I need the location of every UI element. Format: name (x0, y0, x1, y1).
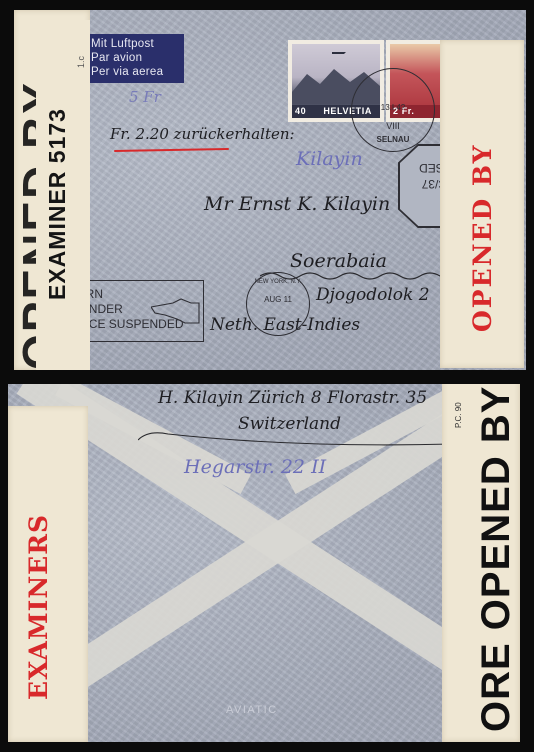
postmark-bottom: SELNAU (352, 135, 434, 144)
sender-line-1: H. Kilayin Zürich 8 Florastr. 35 (158, 388, 427, 408)
blue-signature: Kilayin (296, 148, 363, 170)
examiner-number: EXAMINER 5173 (44, 108, 71, 300)
airmail-line-1: Mit Luftpost (91, 37, 179, 51)
pencil-notation: 5 Fr (129, 88, 161, 106)
opened-by-black-text: ORE OPENED BY (474, 386, 519, 732)
envelope-front: Mit Luftpost Par avion Per via aerea 40 … (14, 10, 526, 370)
ny-postmark-city: NEW YORK, N.Y. (247, 279, 309, 285)
left-censor-strip-back: EXAMINERS (8, 406, 88, 742)
opened-by-red-text: OPENED BY (468, 144, 497, 332)
red-underline (114, 148, 229, 152)
stamp-value: 40 (295, 106, 306, 116)
opened-by-label: OPENED BY (474, 386, 518, 631)
envelope-back: H. Kilayin Zürich 8 Florastr. 35 Switzer… (8, 384, 520, 742)
airmail-line-3: Per via aerea (91, 65, 179, 79)
ny-postmark-date: AUG 11 (247, 295, 309, 304)
pointing-hand-icon (151, 293, 201, 327)
examiner-mark: 1.c (76, 56, 86, 68)
sender-underline (138, 424, 458, 454)
postmark-middle: VIII (352, 121, 434, 131)
pc90-mark: P.C. 90 (454, 402, 463, 428)
ore-prefix: ORE (474, 642, 518, 732)
left-censor-strip-front: OPENED BY EXAMINER 5173 1.c (14, 10, 90, 370)
airmail-line-2: Par avion (91, 51, 179, 65)
blue-address-notation: Hegarstr. 22 II (184, 456, 326, 478)
amount-notation: Fr. 2.20 zurückerhalten: (110, 125, 295, 143)
address-line-3: Djogodolok 2 (316, 285, 430, 305)
airmail-label: Mit Luftpost Par avion Per via aerea (86, 34, 184, 83)
postmark-date: 13.I.4? (352, 103, 434, 112)
right-censor-strip-front: OPENED BY (440, 40, 524, 368)
right-censor-strip-back: ORE OPENED BY P.C. 90 (442, 384, 520, 742)
address-line-1: Mr Ernst K. Kilayin (204, 193, 390, 215)
postmark-zurich-selnau: VIII SELNAU 13.I.4? (351, 68, 435, 152)
postmark-new-york: AUG 11 NEW YORK, N.Y. (246, 272, 310, 336)
address-line-2: Soerabaia (290, 250, 387, 272)
examiners-red-text: EXAMINERS (24, 514, 53, 700)
aviatic-watermark: AVIATIC (226, 704, 278, 716)
